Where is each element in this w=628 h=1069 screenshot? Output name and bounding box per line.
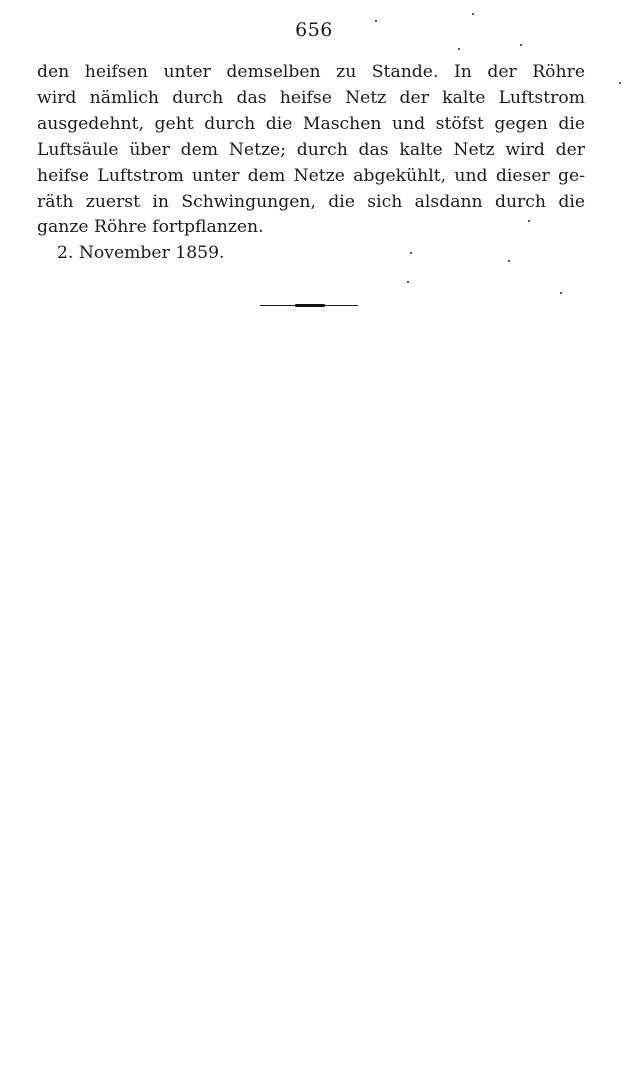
scan-speck	[410, 252, 412, 254]
page-number: 656	[0, 19, 628, 41]
text-line: wird nämlich durch das heifse Netz der k…	[37, 86, 585, 112]
scan-speck	[508, 260, 510, 262]
scan-speck	[528, 220, 530, 222]
scan-speck	[407, 281, 409, 283]
text-line: räth zuerst in Schwingungen, die sich al…	[37, 190, 585, 216]
text-line: Luftsäule über dem Netze; durch das kalt…	[37, 138, 585, 164]
scan-speck	[520, 44, 522, 46]
scan-speck	[458, 48, 460, 50]
date-line: 2. November 1859.	[37, 241, 585, 267]
text-line: heifse Luftstrom unter dem Netze abgeküh…	[37, 164, 585, 190]
text-line: ausgedehnt, geht durch die Maschen und s…	[37, 112, 585, 138]
scan-speck	[619, 82, 621, 84]
scan-speck	[375, 20, 377, 22]
section-end-rule-ornament	[295, 304, 325, 307]
text-line: den heifsen unter demselben zu Stande. I…	[37, 60, 585, 86]
body-paragraph: den heifsen unter demselben zu Stande. I…	[37, 60, 585, 267]
scan-speck	[560, 292, 562, 294]
scan-speck	[472, 13, 474, 15]
text-line: ganze Röhre fortpflanzen.	[37, 215, 585, 241]
